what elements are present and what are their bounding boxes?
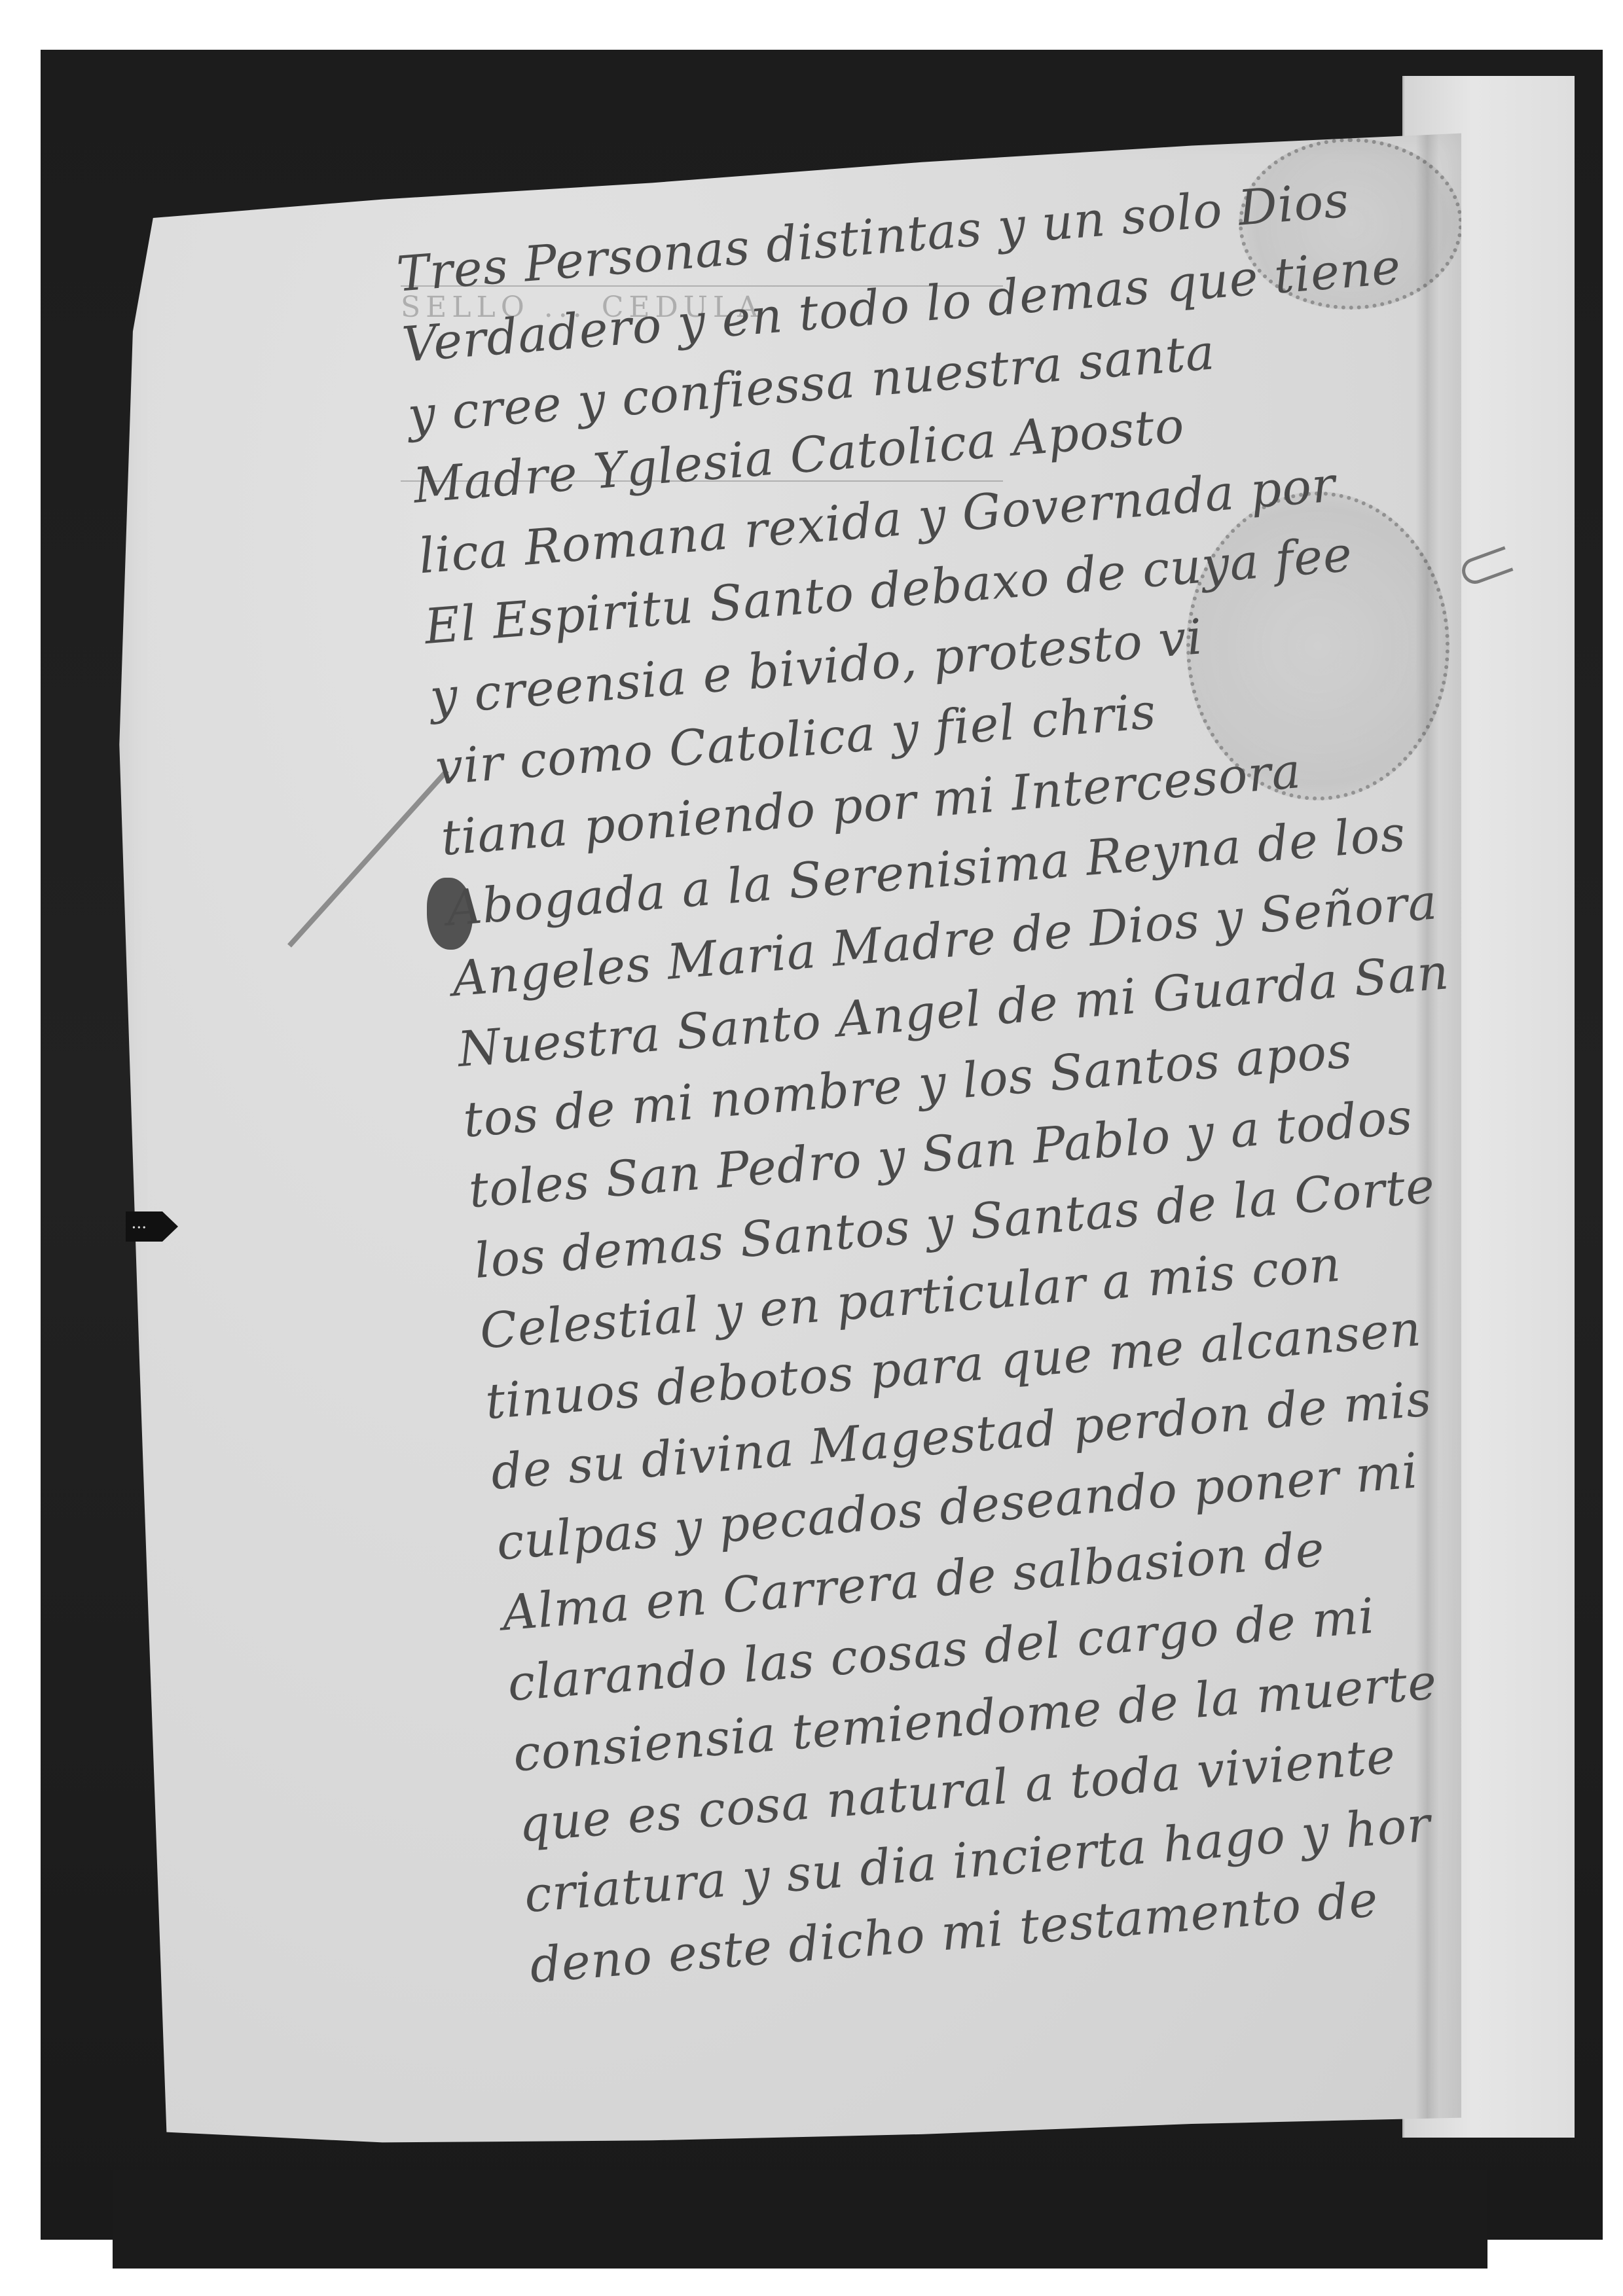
manuscript-text: Tres Personas distintas y un solo Dios V… [394,168,1447,2001]
margin-pen-stroke [287,769,449,948]
page-bottom-shadow [113,2170,1487,2269]
clip-highlight: ••• [132,1223,148,1234]
scan-frame: SELLO ... CEDULA ••• Tres Personas disti… [41,50,1603,2240]
